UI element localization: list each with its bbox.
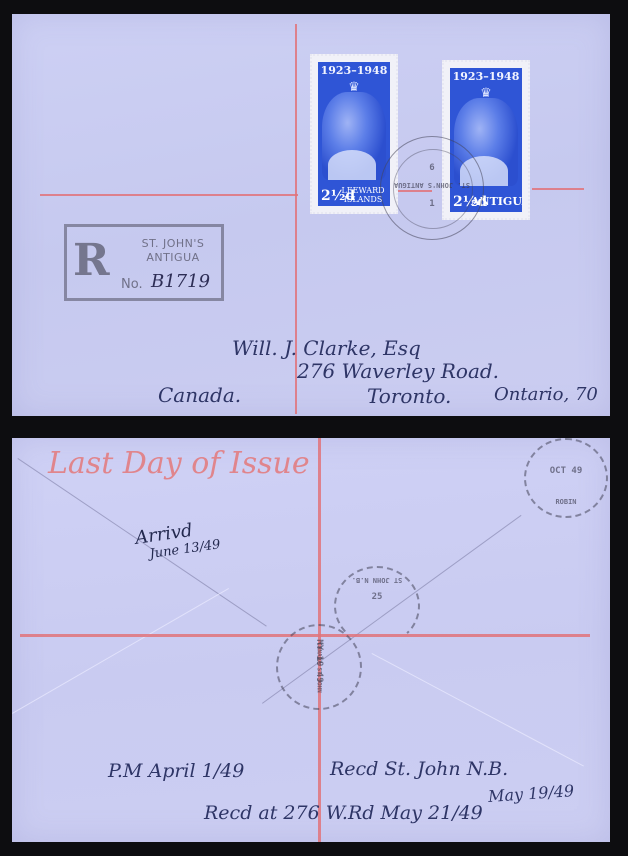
last-day-of-issue-note: Last Day of Issue — [48, 446, 310, 481]
postmark-office: ST JOHN N.B. — [336, 576, 418, 584]
postmark-office: ROBIN — [526, 498, 606, 506]
address-name: Will. J. Clarke, Esq — [232, 336, 421, 360]
postmark-st-johns: ST. JOHN'S ANTIGUA 6 1 — [380, 136, 484, 240]
note-postmarked: P.M April 1/49 — [108, 760, 244, 782]
postmark-date: 25 — [336, 592, 418, 602]
postmark-date: MY 19 49 — [314, 620, 324, 702]
postmark-date: OCT 49 — [526, 466, 606, 476]
postmark-date-1: 6 — [381, 163, 483, 173]
address-city: Toronto. — [367, 384, 451, 408]
postmark-top-right: OCT 49 ROBIN — [524, 438, 608, 518]
stamp-years: 1923–1948 — [318, 64, 390, 77]
note-received-st-john: Recd St. John N.B. — [330, 758, 508, 780]
postmark-inner-ring — [393, 149, 473, 229]
registration-office-line2: ANTIGUA — [123, 251, 223, 265]
registration-number: B1719 — [151, 271, 210, 292]
address-province: Ontario, 70 — [494, 384, 598, 405]
flap-fold-lower-right — [372, 653, 584, 767]
stamp-years: 1923–1948 — [450, 70, 522, 83]
envelope-front: 1923–1948 ♛ 2½d LEEWARD ISLANDS 1923–194… — [12, 14, 610, 416]
registration-letter: R — [73, 235, 110, 286]
registration-line-horizontal-right — [532, 188, 584, 190]
registration-number-label: No. — [121, 277, 143, 292]
postmark-lower-center: CANADA ST JOHN MY 19 49 — [276, 624, 362, 710]
flap-fold-lower-left — [12, 588, 229, 714]
note-received-date: May 19/49 — [487, 781, 574, 806]
note-received-home: Recd at 276 W.Rd May 21/49 — [204, 802, 483, 824]
arrival-note: Arrivd June 13/49 — [134, 516, 221, 563]
royal-portrait — [322, 92, 386, 180]
postmark-date-2: 1 — [381, 199, 483, 209]
registration-office: ST. JOHN'S ANTIGUA — [123, 237, 223, 265]
registration-office-line1: ST. JOHN'S — [123, 237, 223, 251]
postmark-office: ST. JOHN'S ANTIGUA — [381, 181, 483, 189]
address-country: Canada. — [158, 383, 241, 407]
registration-line-horizontal-left — [40, 194, 298, 196]
address-street: 276 Waverley Road. — [297, 359, 499, 383]
envelope-back: Last Day of Issue Arrivd June 13/49 OCT … — [12, 438, 610, 842]
registration-handstamp: R ST. JOHN'S ANTIGUA No. B1719 — [64, 224, 224, 301]
